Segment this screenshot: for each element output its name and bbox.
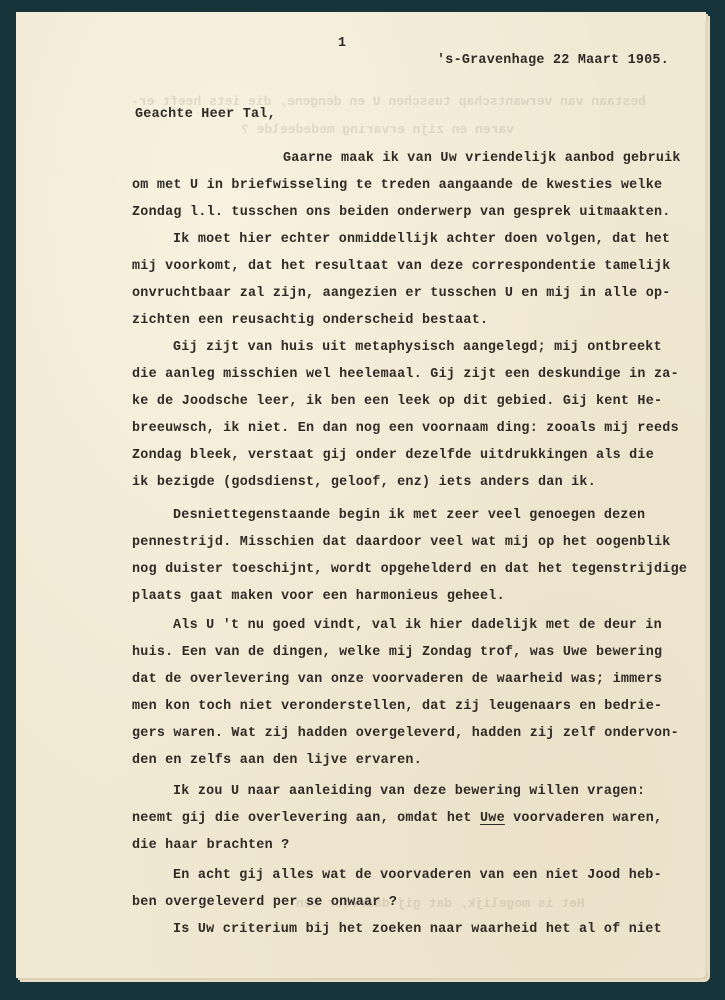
letter-page: bestaan van verwantschap tusschen U en d… xyxy=(16,12,706,978)
text-segment: voorvaderen waren, xyxy=(505,811,662,826)
text-line: mij voorkomt, dat het resultaat van deze… xyxy=(132,260,671,273)
text-line: plaats gaat maken voor een harmonieus ge… xyxy=(132,590,505,603)
text-line: Gij zijt van huis uit metaphysisch aange… xyxy=(173,341,662,354)
place-date: 's-Gravenhage 22 Maart 1905. xyxy=(437,54,669,67)
text-line: onvruchtbaar zal zijn, aangezien er tuss… xyxy=(132,287,671,300)
text-line: Ik moet hier echter onmiddellijk achter … xyxy=(173,233,670,246)
text-line: ben overgeleverd per se onwaar ? xyxy=(132,896,397,909)
text-line: neemt gij die overlevering aan, omdat he… xyxy=(132,812,662,825)
text-line: Als U 't nu goed vindt, val ik hier dade… xyxy=(173,619,662,632)
text-line: gers waren. Wat zij hadden overgeleverd,… xyxy=(132,727,679,740)
text-line: pennestrijd. Misschien dat daardoor veel… xyxy=(132,536,671,549)
text-line: Is Uw criterium bij het zoeken naar waar… xyxy=(173,923,662,936)
text-line: ke de Joodsche leer, ik ben een leek op … xyxy=(132,395,662,408)
text-line: Ik zou U naar aanleiding van deze beweri… xyxy=(173,785,645,798)
text-line: Zondag bleek, verstaat gij onder dezelfd… xyxy=(132,449,654,462)
text-line: den en zelfs aan den lijve ervaren. xyxy=(132,754,422,767)
text-line: breeuwsch, ik niet. En dan nog een voorn… xyxy=(132,422,679,435)
text-line: nog duister toeschijnt, wordt opgehelder… xyxy=(132,563,687,576)
text-line: Gaarne maak ik van Uw vriendelijk aanbod… xyxy=(283,152,681,165)
text-line: Desniettegenstaande begin ik met zeer ve… xyxy=(173,509,645,522)
text-line: Zondag l.l. tusschen ons beiden onderwer… xyxy=(132,206,671,219)
text-line: En acht gij alles wat de voorvaderen van… xyxy=(173,869,662,882)
show-through-line: varen en zijn ervaring mededeelde ? xyxy=(241,123,514,136)
page-edge xyxy=(705,22,708,972)
underlined-word: Uwe xyxy=(480,811,505,826)
text-line: huis. Een van de dingen, welke mij Zonda… xyxy=(132,646,662,659)
text-line: ik bezigde (godsdienst, geloof, enz) iet… xyxy=(132,476,596,489)
salutation: Geachte Heer Tal, xyxy=(135,108,276,121)
text-line: die aanleg misschien wel heelemaal. Gij … xyxy=(132,368,679,381)
text-line: die haar brachten ? xyxy=(132,839,289,852)
page-number: 1 xyxy=(338,37,346,50)
text-line: men kon toch niet veronderstellen, dat z… xyxy=(132,700,662,713)
text-line: zichten een reusachtig onderscheid besta… xyxy=(132,314,488,327)
text-line: om met U in briefwisseling te treden aan… xyxy=(132,179,662,192)
text-segment: neemt gij die overlevering aan, omdat he… xyxy=(132,811,480,826)
text-line: dat de overlevering van onze voorvaderen… xyxy=(132,673,662,686)
